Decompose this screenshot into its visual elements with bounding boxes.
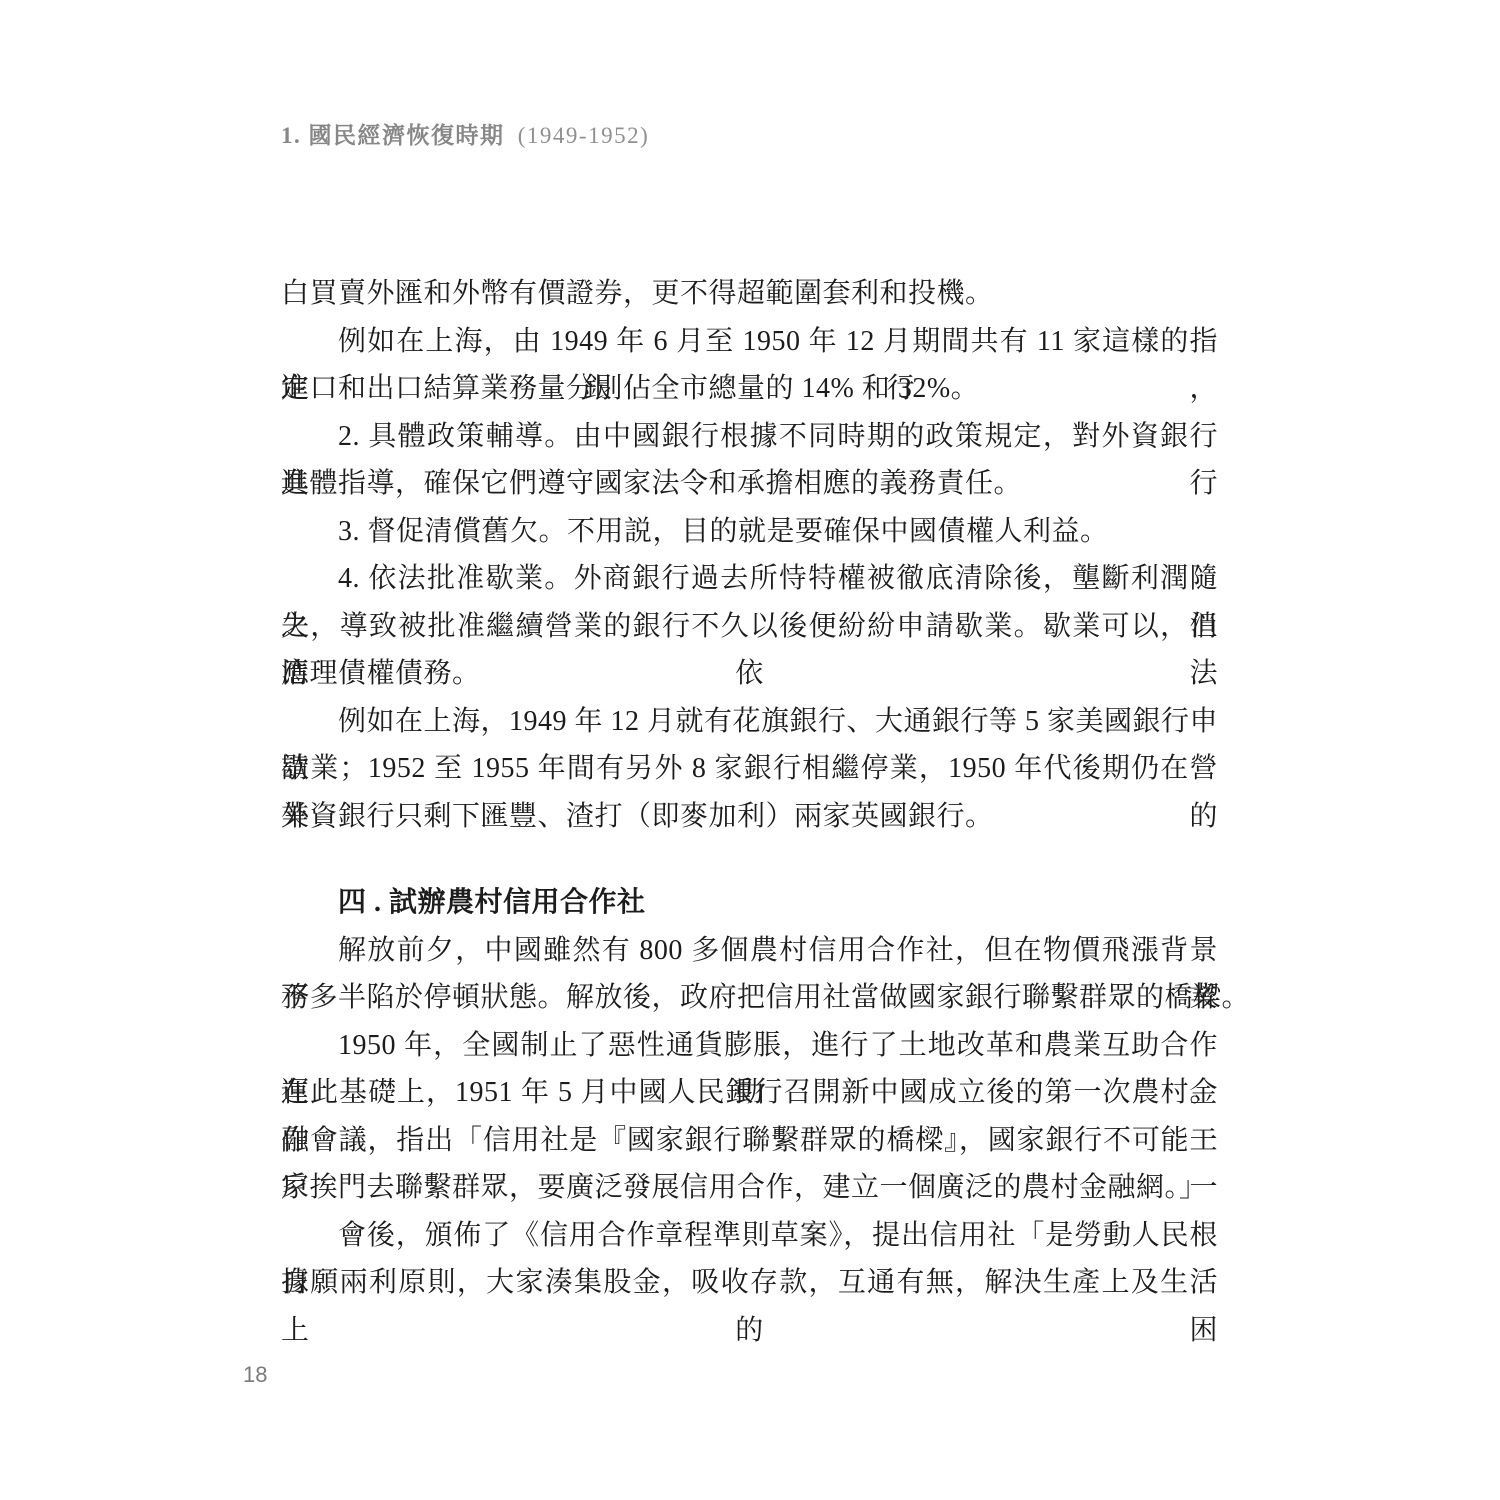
text-line: 作會議，指出「信用社是『國家銀行聯繫群眾的橋樑』，國家銀行不可能一家一 [281,1117,1218,1165]
book-page: 1. 國民經濟恢復時期 (1949-1952) 白買賣外匯和外幣有價證券，更不得… [0,0,1500,1500]
running-header: 1. 國民經濟恢復時期 (1949-1952) [281,117,649,150]
text-line: 歇業；1952 至 1955 年間有另外 8 家銀行相繼停業，1950 年代後期… [281,745,1218,793]
page-number: 18 [243,1362,267,1388]
text-line: 自願兩利原則，大家湊集股金，吸收存款，互通有無，解決生產上及生活上的困 [281,1259,1218,1307]
text-line: 戶挨門去聯繫群眾，要廣泛發展信用合作，建立一個廣泛的農村金融網。」 [281,1164,1218,1212]
text-line: 例如在上海，由 1949 年 6 月至 1950 年 12 月期間共有 11 家… [281,318,1218,366]
text-line: 解放前夕，中國雖然有 800 多個農村信用合作社，但在物價飛漲背景下業 [281,927,1218,975]
text-line: 例如在上海，1949 年 12 月就有花旗銀行、大通銀行等 5 家美國銀行申請 [281,698,1218,746]
section-heading: 四 . 試辦農村信用合作社 [281,879,1218,927]
text-line: 務多半陷於停頓狀態。解放後，政府把信用社當做國家銀行聯繫群眾的橋樑。 [281,974,1218,1022]
page-body: 白買賣外匯和外幣有價證券，更不得超範圍套利和投機。 例如在上海，由 1949 年… [281,270,1218,1307]
text-line: 會後，頒佈了《信用合作章程準則草案》，提出信用社「是勞動人民根據 [281,1212,1218,1260]
text-line: 4. 依法批准歇業。外商銀行過去所恃特權被徹底清除後，壟斷利潤隨之消 [281,555,1218,603]
chapter-years: (1949-1952) [518,123,649,148]
text-line: 3. 督促清償舊欠。不用説，目的就是要確保中國債權人利益。 [281,508,1218,556]
text-line: 失，導致被批准繼續營業的銀行不久以後便紛紛申請歇業。歇業可以，但應依法 [281,603,1218,651]
text-line: 在此基礎上，1951 年 5 月中國人民銀行召開新中國成立後的第一次農村金融工 [281,1069,1218,1117]
text-line: 1950 年，全國制止了惡性通貨膨脹，進行了土地改革和農業互助合作運動。 [281,1022,1218,1070]
text-line: 2. 具體政策輔導。由中國銀行根據不同時期的政策規定，對外資銀行進行 [281,413,1218,461]
chapter-title: 1. 國民經濟恢復時期 [281,123,505,148]
text-line: 白買賣外匯和外幣有價證券，更不得超範圍套利和投機。 [281,270,1218,318]
